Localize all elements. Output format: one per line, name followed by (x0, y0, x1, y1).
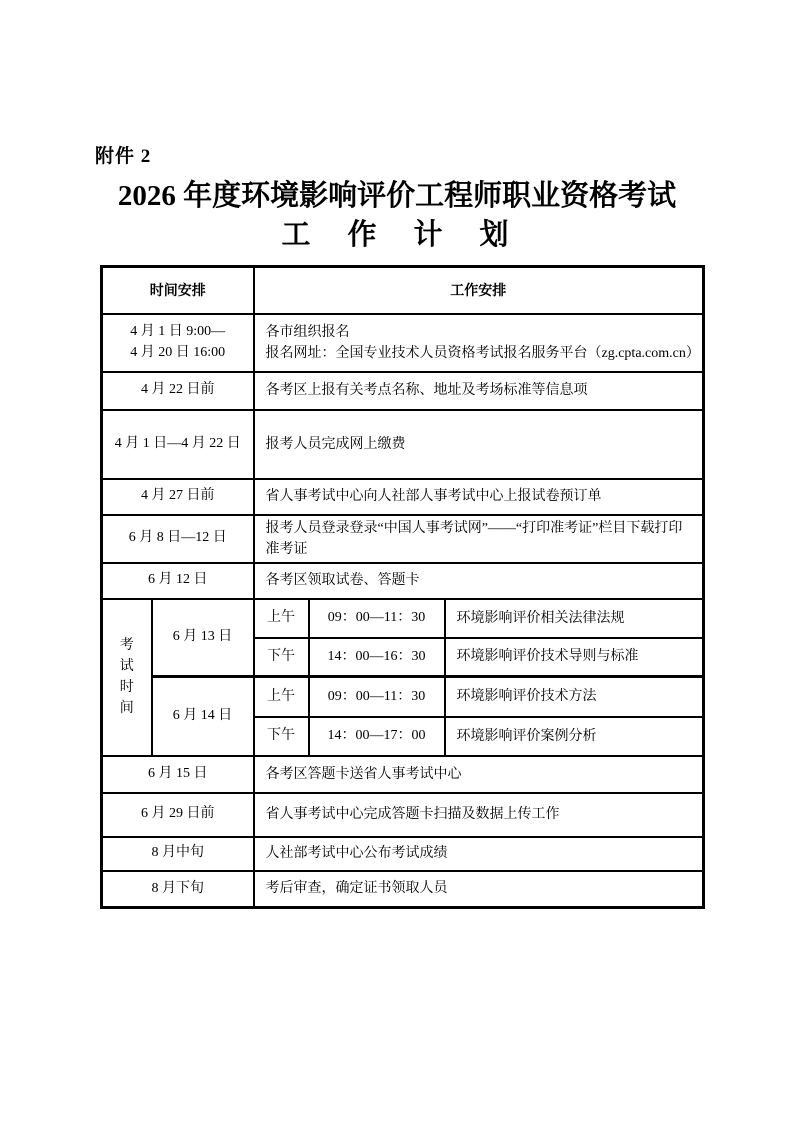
time-cell: 4 月 22 日前 (102, 372, 254, 410)
header-time-cell: 时间安排 (102, 267, 254, 314)
exam-subject-cell: 环境影响评价技术导则与标准 (445, 638, 704, 677)
table-row: 4 月 1 日—4 月 22 日 报考人员完成网上缴费 (102, 410, 704, 479)
exam-subject-cell: 环境影响评价案例分析 (445, 717, 704, 756)
exam-row-day1-am: 考 试 时 间 6 月 13 日 上午 09：00—11：30 环境影响评价相关… (102, 599, 704, 638)
work-plan-table: 时间安排 工作安排 4 月 1 日 9:00— 4 月 20 日 16:00 各… (100, 265, 705, 909)
time-cell: 8 月下旬 (102, 871, 254, 908)
exam-time-label-cell: 考 试 时 间 (102, 599, 152, 756)
exam-period-cell: 下午 (254, 717, 309, 756)
work-cell: 报考人员登录登录“中国人事考试网”——“打印准考证”栏目下载打印准考证 (254, 515, 704, 563)
exam-hours-cell: 14：00—16：30 (309, 638, 445, 677)
time-cell: 8 月中旬 (102, 837, 254, 871)
table-row: 8 月中旬 人社部考试中心公布考试成绩 (102, 837, 704, 871)
exam-date-cell: 6 月 13 日 (152, 599, 254, 677)
exam-hours-cell: 09：00—11：30 (309, 677, 445, 717)
table-row: 6 月 15 日 各考区答题卡送省人事考试中心 (102, 756, 704, 793)
exam-hours-cell: 14：00—17：00 (309, 717, 445, 756)
exam-row-day2-am: 6 月 14 日 上午 09：00—11：30 环境影响评价技术方法 (102, 677, 704, 717)
document-title-line2: 工 作 计 划 (0, 212, 794, 253)
table-row: 4 月 27 日前 省人事考试中心向人社部人事考试中心上报试卷预订单 (102, 479, 704, 515)
time-cell: 6 月 12 日 (102, 563, 254, 599)
document-page: 附件 2 2026 年度环境影响评价工程师职业资格考试 工 作 计 划 时间安排… (0, 0, 794, 1123)
work-cell: 考后审查，确定证书领取人员 (254, 871, 704, 908)
exam-period-cell: 下午 (254, 638, 309, 677)
exam-date-cell: 6 月 14 日 (152, 677, 254, 756)
table-row: 4 月 1 日 9:00— 4 月 20 日 16:00 各市组织报名 报名网址… (102, 314, 704, 372)
exam-period-cell: 上午 (254, 677, 309, 717)
table-row: 4 月 22 日前 各考区上报有关考点名称、地址及考场标准等信息项 (102, 372, 704, 410)
time-cell: 4 月 1 日 9:00— 4 月 20 日 16:00 (102, 314, 254, 372)
table-row: 6 月 12 日 各考区领取试卷、答题卡 (102, 563, 704, 599)
time-cell: 6 月 8 日—12 日 (102, 515, 254, 563)
exam-subject-cell: 环境影响评价相关法律法规 (445, 599, 704, 638)
work-cell: 省人事考试中心向人社部人事考试中心上报试卷预订单 (254, 479, 704, 515)
exam-subject-cell: 环境影响评价技术方法 (445, 677, 704, 717)
time-cell: 6 月 29 日前 (102, 793, 254, 837)
work-cell: 各考区答题卡送省人事考试中心 (254, 756, 704, 793)
exam-period-cell: 上午 (254, 599, 309, 638)
work-cell: 人社部考试中心公布考试成绩 (254, 837, 704, 871)
exam-hours-cell: 09：00—11：30 (309, 599, 445, 638)
work-cell: 各市组织报名 报名网址：全国专业技术人员资格考试报名服务平台（zg.cpta.c… (254, 314, 704, 372)
table-row: 8 月下旬 考后审查，确定证书领取人员 (102, 871, 704, 908)
work-cell: 省人事考试中心完成答题卡扫描及数据上传工作 (254, 793, 704, 837)
table-row: 6 月 8 日—12 日 报考人员登录登录“中国人事考试网”——“打印准考证”栏… (102, 515, 704, 563)
time-cell: 6 月 15 日 (102, 756, 254, 793)
work-cell: 报考人员完成网上缴费 (254, 410, 704, 479)
time-cell: 4 月 1 日—4 月 22 日 (102, 410, 254, 479)
table-row: 6 月 29 日前 省人事考试中心完成答题卡扫描及数据上传工作 (102, 793, 704, 837)
table-header-row: 时间安排 工作安排 (102, 267, 704, 314)
header-work-cell: 工作安排 (254, 267, 704, 314)
attachment-label: 附件 2 (95, 141, 151, 168)
work-cell: 各考区领取试卷、答题卡 (254, 563, 704, 599)
time-cell: 4 月 27 日前 (102, 479, 254, 515)
document-title-line1: 2026 年度环境影响评价工程师职业资格考试 (0, 173, 794, 214)
work-cell: 各考区上报有关考点名称、地址及考场标准等信息项 (254, 372, 704, 410)
